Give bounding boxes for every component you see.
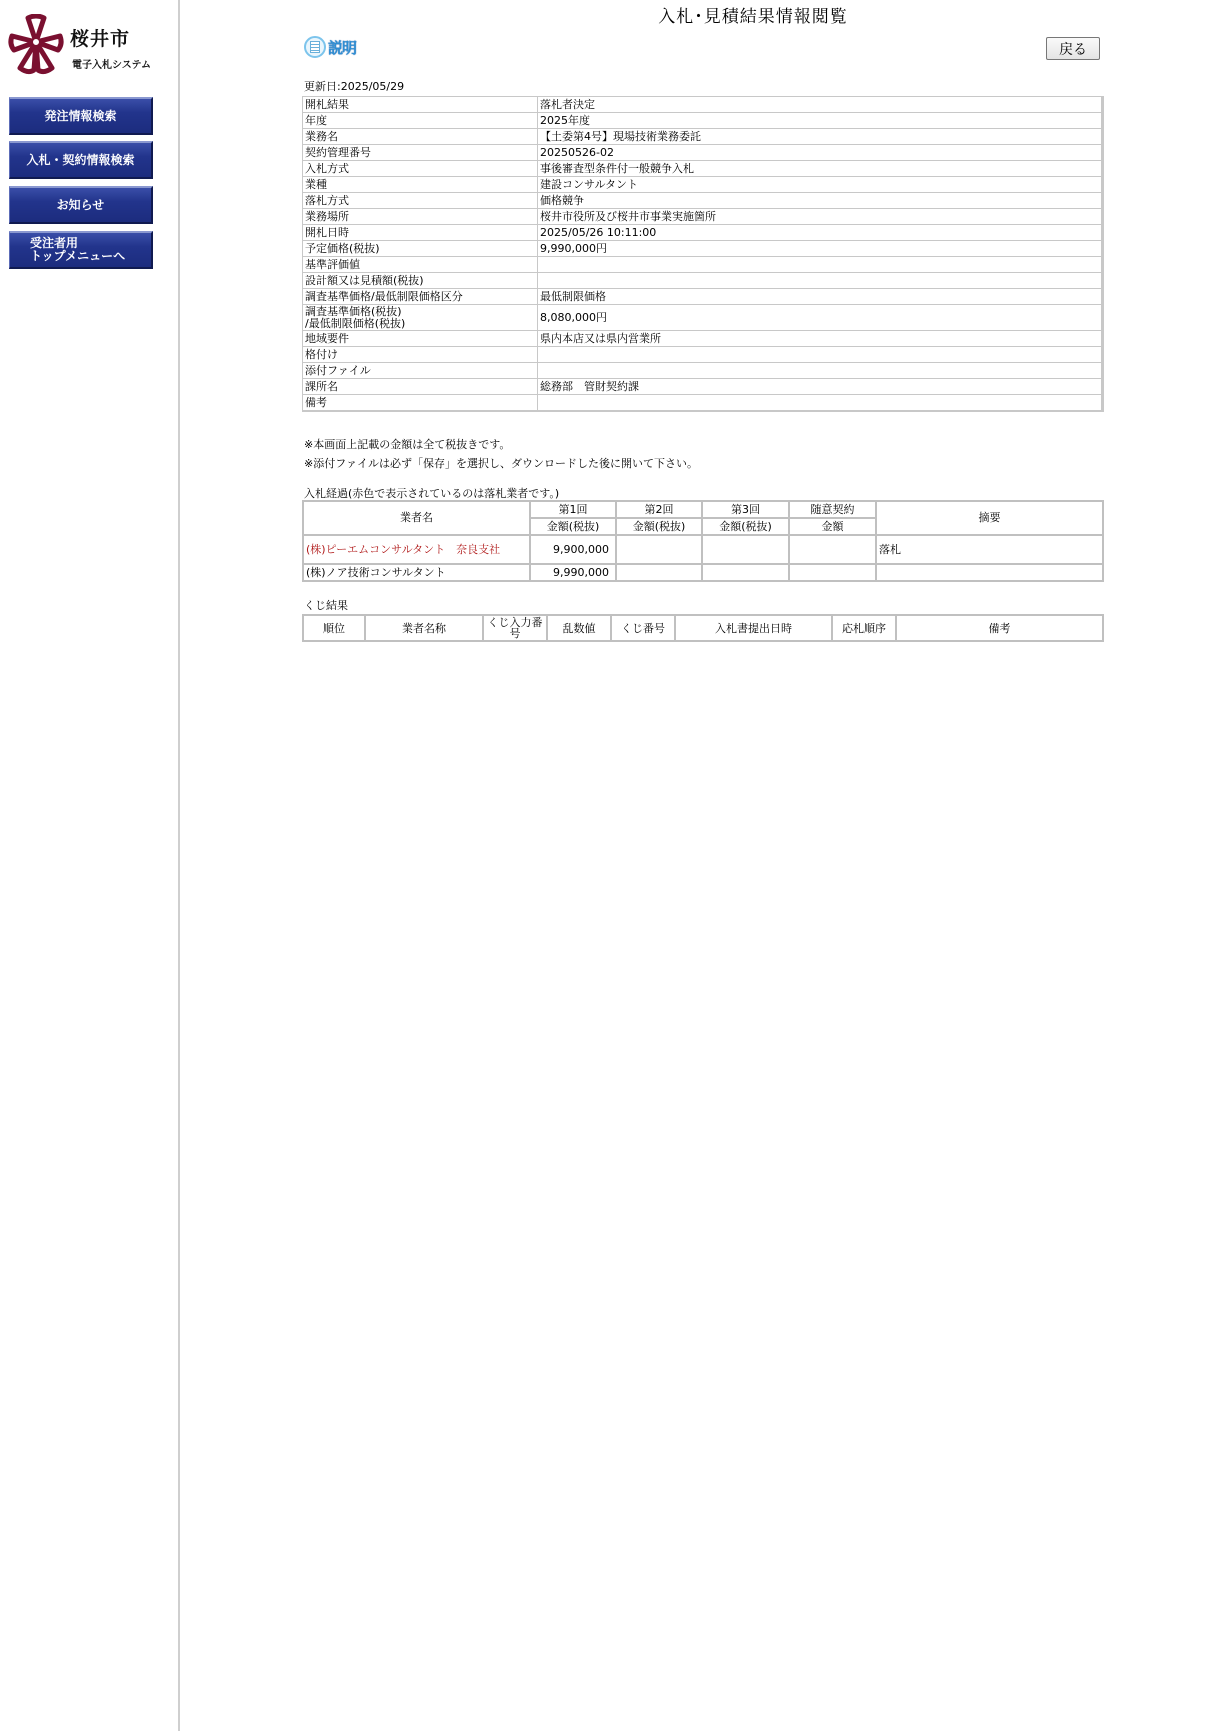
info-label: 入札方式 [303,161,538,177]
nav-top-menu-button[interactable]: 受注者用 トップメニューへ [9,231,153,269]
info-row: 調査基準価格/最低制限価格区分最低制限価格 [303,289,1102,305]
lottery-result-table: 順位業者名称くじ入力番号乱数値くじ番号入札書提出日時応札順序備考 [302,614,1104,642]
summary [876,564,1103,581]
info-row: 予定価格(税抜)9,990,000円 [303,241,1102,257]
header-round1-amount: 金額(税抜) [530,518,616,535]
info-row: 業務場所桜井市役所及び桜井市事業実施箇所 [303,209,1102,225]
summary: 落札 [876,535,1103,564]
vendor-name: (株)ノア技術コンサルタント [303,564,530,581]
info-label: 格付け [303,347,538,363]
header-round2: 第2回 [616,501,702,518]
help-link[interactable]: 説明 [304,36,356,58]
info-value: 9,990,000円 [538,241,1102,257]
page-title: 入札･見積結果情報閲覧 [302,2,1104,27]
info-label: 予定価格(税抜) [303,241,538,257]
info-value [538,347,1102,363]
header-vendor-name: 業者名 [303,501,530,535]
info-value: 県内本店又は県内営業所 [538,331,1102,347]
info-label: 業種 [303,177,538,193]
header-summary: 摘要 [876,501,1103,535]
vendor-name: (株)ピーエムコンサルタント 奈良支社 [303,535,530,564]
round2-amount [616,564,702,581]
bid-history-table: 業者名 第1回 第2回 第3回 随意契約 摘要 金額(税抜) 金額(税抜) 金額… [302,500,1104,582]
logo-city-name: 桜井市 [70,24,130,51]
info-row: 調査基準価格(税抜) /最低制限価格(税抜)8,080,000円 [303,305,1102,331]
info-row: 設計額又は見積額(税抜) [303,273,1102,289]
sakura-logo-icon [6,14,66,76]
info-row: 基準評価値 [303,257,1102,273]
info-label: 業務名 [303,129,538,145]
info-value: 桜井市役所及び桜井市事業実施箇所 [538,209,1102,225]
lottery-header-cell: 入札書提出日時 [675,615,832,641]
info-label: 開札結果 [303,97,538,113]
info-value: 事後審査型条件付一般競争入札 [538,161,1102,177]
bid-row: (株)ノア技術コンサルタント9,990,000 [303,564,1103,581]
sidebar: 桜井市 電子入札システム 発注情報検索 入札・契約情報検索 お知らせ 受注者用 … [0,0,180,1731]
winning-bid-row: (株)ピーエムコンサルタント 奈良支社9,900,000落札 [303,535,1103,564]
info-row: 開札結果落札者決定 [303,97,1102,113]
round3-amount [702,564,789,581]
info-label: 契約管理番号 [303,145,538,161]
info-value: 価格競争 [538,193,1102,209]
info-label: 年度 [303,113,538,129]
info-value [538,363,1102,379]
lottery-header-cell: 業者名称 [365,615,483,641]
lottery-header-row: 順位業者名称くじ入力番号乱数値くじ番号入札書提出日時応札順序備考 [303,615,1103,641]
info-value: 最低制限価格 [538,289,1102,305]
info-value [538,395,1102,411]
info-value: 20250526-02 [538,145,1102,161]
info-value: 2025/05/26 10:11:00 [538,225,1102,241]
info-value [538,273,1102,289]
lottery-header-cell: くじ番号 [611,615,675,641]
info-label: 業務場所 [303,209,538,225]
lottery-caption: くじ結果 [304,597,348,613]
info-label: 調査基準価格(税抜) /最低制限価格(税抜) [303,305,538,331]
lottery-header-cell: 乱数値 [547,615,611,641]
negotiated-amount [789,564,876,581]
info-row: 業務名【土委第4号】現場技術業務委託 [303,129,1102,145]
info-value [538,257,1102,273]
negotiated-amount [789,535,876,564]
tax-note: ※本画面上記載の金額は全て税抜きです。 [304,436,510,452]
header-round3: 第3回 [702,501,789,518]
info-value: 2025年度 [538,113,1102,129]
info-value: 落札者決定 [538,97,1102,113]
info-row: 業種建設コンサルタント [303,177,1102,193]
logo-system-name: 電子入札システム [72,56,151,71]
info-label: 設計額又は見積額(税抜) [303,273,538,289]
document-icon [304,36,326,58]
info-row: 契約管理番号20250526-02 [303,145,1102,161]
info-label: 落札方式 [303,193,538,209]
bid-caption: 入札経過(赤色で表示されているのは落札業者です。) [304,485,559,501]
round3-amount [702,535,789,564]
info-row: 格付け [303,347,1102,363]
info-value: 建設コンサルタント [538,177,1102,193]
header-negotiated: 随意契約 [789,501,876,518]
lottery-header-cell: 順位 [303,615,365,641]
nav-notice-button[interactable]: お知らせ [9,186,153,224]
attachment-note: ※添付ファイルは必ず「保存」を選択し、ダウンロードした後に開いて下さい。 [304,455,698,471]
info-label: 基準評価値 [303,257,538,273]
lottery-header-cell: くじ入力番号 [483,615,547,641]
city-logo[interactable]: 桜井市 電子入札システム [6,14,176,78]
info-row: 開札日時2025/05/26 10:11:00 [303,225,1102,241]
result-info-table: 開札結果落札者決定年度2025年度業務名【土委第4号】現場技術業務委託契約管理番… [302,96,1104,412]
help-label: 説明 [328,37,356,58]
updated-date: 更新日:2025/05/29 [304,78,404,94]
header-negotiated-amount: 金額 [789,518,876,535]
info-label: 開札日時 [303,225,538,241]
header-round3-amount: 金額(税抜) [702,518,789,535]
info-label: 備考 [303,395,538,411]
info-row: 入札方式事後審査型条件付一般競争入札 [303,161,1102,177]
round1-amount: 9,990,000 [530,564,616,581]
header-round2-amount: 金額(税抜) [616,518,702,535]
lottery-header-cell: 応札順序 [832,615,896,641]
info-row: 備考 [303,395,1102,411]
info-value: 総務部 管財契約課 [538,379,1102,395]
info-row: 添付ファイル [303,363,1102,379]
back-button[interactable]: 戻る [1046,37,1100,60]
info-value: 【土委第4号】現場技術業務委託 [538,129,1102,145]
round2-amount [616,535,702,564]
lottery-header-cell: 備考 [896,615,1103,641]
info-row: 年度2025年度 [303,113,1102,129]
info-value: 8,080,000円 [538,305,1102,331]
info-label: 添付ファイル [303,363,538,379]
nav-order-search-button[interactable]: 発注情報検索 [9,97,153,135]
info-row: 地域要件県内本店又は県内営業所 [303,331,1102,347]
nav-bid-contract-search-button[interactable]: 入札・契約情報検索 [9,141,153,179]
info-row: 落札方式価格競争 [303,193,1102,209]
info-label: 課所名 [303,379,538,395]
round1-amount: 9,900,000 [530,535,616,564]
info-row: 課所名総務部 管財契約課 [303,379,1102,395]
header-round1: 第1回 [530,501,616,518]
info-label: 地域要件 [303,331,538,347]
info-label: 調査基準価格/最低制限価格区分 [303,289,538,305]
